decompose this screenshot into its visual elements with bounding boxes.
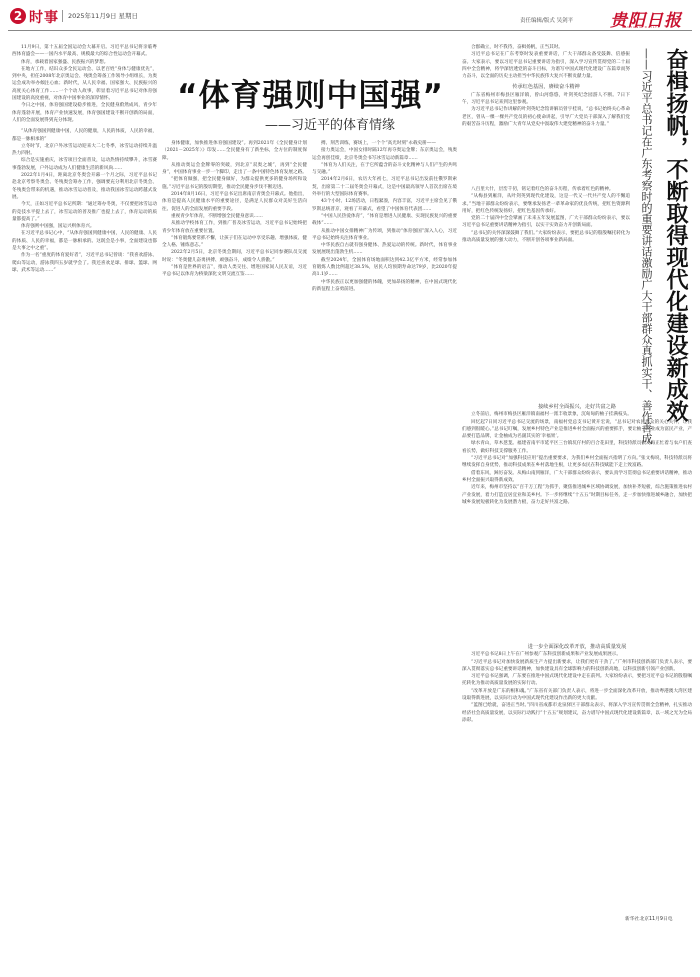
- paragraph: 立冬时节，北京户外冰雪运动迎来大二七冬季，冰雪运动持续升温热力四射。: [12, 143, 157, 158]
- issue-date: 2025年11月9日 星期日: [68, 11, 138, 20]
- paragraph: 合群确立，时不我待，奋楫扬帆，正当其时。: [462, 44, 630, 51]
- paragraph: 八百里大什，层峦千仞，铭记着红色的奋斗历程，传承着红色的精神。: [462, 186, 630, 193]
- paragraph-subhead: “从体育强国到健康中国，人民的健康，人民的体质，人民的幸福，都是一脉相承的”: [12, 128, 157, 143]
- paragraph: 回忆起7日同习近平总书记交流的场景，南福村党总支书记黄开宏说，“总书记对农民群众…: [462, 419, 692, 441]
- section-subhead: 进一步全面深化改革开放，推动高质量发展: [462, 644, 692, 651]
- paragraph: 习近平总书记在广东考察时发表重要讲话，广大干部群众备受鼓舞、倍感振奋。大家表示，…: [462, 51, 630, 80]
- paragraph: 在地方工作，结识众多全民运动会、以老百姓“身体与健康优先”，到中央，担任2008…: [12, 66, 157, 102]
- paragraph: 2014年8月16日，习近平总书记出席南京青奥会开幕式。他指出，体育是提高人民健…: [162, 191, 307, 213]
- right-article-section-3: 进一步全面深化改革开放，推动高质量发展 习近平总书记8日上午在广州参观广东科技创…: [462, 640, 692, 910]
- right-article-byline: 新华社北京11月9日电: [625, 915, 673, 922]
- paragraph: 身体健康，加快推进体育强国建设”。再到2021年《全民健身计划（2021－202…: [162, 140, 307, 162]
- paragraph: 习近平总书记强调，广东要在推进中国式现代化建设中走在前列。大家纷纷表示，要把习近…: [462, 673, 692, 688]
- right-article-section-1: 八百里大什，层峦千仞，铭记着红色的奋斗历程，传承着红色的精神。 “从梅县到雁洋，…: [462, 186, 630, 401]
- paragraph: 综合是实施重庆，冰雪项目全面普及，运动热情持续攀升，冰雪赛事蓬勃发展，户外运动成…: [12, 157, 157, 172]
- main-article-column-2: 身体健康，加快推进体育强国建设”。再到2021年《全民健身计划（2021－202…: [162, 140, 307, 930]
- paragraph: 从推动学校体育工作，到推广普及冰雪运动，习近平总书记始终把青少年体育放在重要位置…: [162, 220, 307, 235]
- paragraph: 今日之中国，体育强国建设稳步推进，全民健身蔚然成风，青少年体育蓬勃开展，体育产业…: [12, 102, 157, 124]
- paragraph: 党的二十届四中全会擘画了未来五年发展蓝图，广大干部群众纷纷表示，要以习近平总书记…: [462, 215, 630, 230]
- header-rule: [8, 30, 692, 31]
- paragraph: “习近平总书记对加快发展新质生产力提出新要求，让我们更有干劲了。”广州市科技创新…: [462, 659, 692, 674]
- page-header: 2 时事 2025年11月9日 星期日 责任编辑/版式 吴剑平 贵阳日报 GUI…: [0, 8, 700, 26]
- paragraph: “习近平总书记对”加强科技应用“提出重要要求，为我们乡村全面振兴指明了方向。”张…: [462, 455, 692, 470]
- paragraph: 43个小时、12场活动，日程紧凑，内容丰富，习近平主席会见了俄罗斯总统普京，观看…: [312, 198, 457, 213]
- right-article-intro: 合群确立，时不我待，奋楫扬帆，正当其时。 习近平总书记在广东考察时发表重要讲话，…: [462, 44, 630, 184]
- main-article-subtitle: ——习近平的体育情缘: [210, 114, 450, 133]
- paragraph: 接力奥运会，中国女排时隔12年再夺奥运金牌；东京奥运会，残奥运会再创佳绩，北京冬…: [312, 147, 457, 162]
- paragraph: 体育，承载着国家强盛、民族振兴的梦想。: [12, 59, 157, 66]
- paragraph: 重视青少年体育，不断增强全民健身意识……: [162, 213, 307, 220]
- paragraph: 近年来，梅州市坚持以“百千万工程”为抓手，聚焦推进城乡区域协调发展，加快补齐短板…: [462, 484, 692, 506]
- paragraph: “总书记的关怀深深鼓舞了我们。”大家纷纷表示，要把总书记的殷殷嘱托转化为推动高质…: [462, 230, 630, 245]
- right-article-headline: 奋楫扬帆，不断取得现代化建设新成效: [657, 48, 687, 422]
- paragraph: “体育锻炼要常抓不懈，让孩子们在运动中享受乐趣、增强体质、健全人格、锤炼意志。”: [162, 235, 307, 250]
- paragraph: 截至2024年，全国体育场地面积达到42.3亿平方米，经常参加体育锻炼人数比例超…: [312, 257, 457, 279]
- paragraph: “蓝图已绘就，奋进正当时。”四川省成都市龙泉驿区干部群众表示，将深入学习宣传贯彻…: [462, 702, 692, 724]
- paragraph: 2022年1月4日，距离北京冬奥会开幕一个月之际，习近平总书记赴北京考察冬奥会、…: [12, 172, 157, 201]
- section-subhead: 传承红色基因，赓续奋斗精神: [462, 84, 630, 91]
- paragraph: “把体育做强，把全民健身做好，为群众提供更多的健身场所和设施。”习近平总书记的殷…: [162, 176, 307, 191]
- paragraph: 2022年2月5日，北京冬奥会期间，习近平总书记同参赛队员交流时说：“冬奥健儿奋…: [162, 249, 307, 264]
- right-article-deck: ——习近平总书记在广东考察时的重要讲话激励广大干部群众真抓实干、善作善成: [634, 48, 652, 444]
- page-number-badge: 2: [10, 8, 26, 24]
- section-name: 时事: [29, 7, 59, 27]
- paragraph: 在习近平总书记心中，“从体育强国到健康中国，人民的健康、人民的体质、人民的幸福，…: [12, 230, 157, 252]
- paragraph: 11月9日，第十五届全国运动会大幕开启。习近平总书记将亲临粤西体育盛会——一国内…: [12, 44, 157, 59]
- paragraph: 搏、刻苦训练，赛场上，一个个“高光时刻”永载史册——: [312, 140, 457, 147]
- paragraph: “体育为人们关注，在于它所蕴含的奋斗文化精神与人们产生的共鸣与交融。”: [312, 162, 457, 177]
- paragraph: 习近平总书记8日上午在广州参观广东科技创新成果和产业发展成果展示。: [462, 651, 692, 658]
- paragraph: “中国人民热爱体育”，“体育是增进人民健康、实现民族复兴的重要载体”……: [312, 213, 457, 228]
- paragraph: “改革开放是广东的根和魂。”广东省有关部门负责人表示，将进一步全面深化改革开放，…: [462, 688, 692, 703]
- newspaper-logo-subtitle: GUIYANG DAILY: [622, 25, 658, 29]
- editor-credit: 责任编辑/版式 吴剑平: [520, 16, 573, 24]
- main-article-column-1: 11月9日，第十五届全国运动会大幕开启。习近平总书记将亲临粤西体育盛会——一国内…: [12, 44, 157, 924]
- paragraph: 体育强则中国强，国运兴则体育兴。: [12, 223, 157, 230]
- paragraph: 从推动奥运会金牌零的突破，到北京“双奥之城”，再到“全民健身”，中国体育事业一步…: [162, 162, 307, 177]
- section-subhead: 接续乡村全面振兴，走好共富之路: [462, 404, 692, 411]
- paragraph: 中华民族正以更加强健的体魄，更加昂扬的精神，在中国式现代化的新征程上奋勇前进。: [312, 279, 457, 294]
- right-article-section-2: 接续乡村全面振兴，走好共富之路 立冬前后，梅州市梅县区雁洋镇南福村一派丰收景象，…: [462, 400, 692, 630]
- paragraph: 中华民族自古就有强身健体、热爱运动的传统。新时代，体育事业发展展现出蓬勃生机……: [312, 242, 457, 257]
- paragraph: 借着东风，踔厉奋发。从梅山南到雁洋，广大干部群众纷纷表示，要认真学习贯彻总书记重…: [462, 470, 692, 485]
- paragraph: 广东省梅州市梅县区雁洋镇，曾山河悠悠，叶剑英纪念园游人不断。7日下午，习近平总书…: [462, 92, 630, 107]
- paragraph: 立冬前后，梅州市梅县区雁洋镇南福村一派丰收景象，沉甸甸的柚子挂满枝头。: [462, 411, 692, 418]
- main-article-column-3: 搏、刻苦训练，赛场上，一个个“高光时刻”永载史册—— 接力奥运会，中国女排时隔1…: [312, 140, 457, 930]
- paragraph: 绿水青山，草木葱茏。福建省南平市延平区三台镇坑仔村的百合花田里，科技特派员张文梅…: [462, 440, 692, 455]
- paragraph: “体育是世界的语言”，推动人类交往、增进国家间人民友谊，习近平总书记以体育为桥梁…: [162, 264, 307, 279]
- paragraph: 作为一名“重度的体育爱好者”，习近平总书记曾谈：“我喜欢游泳、爬山等运动，游泳我…: [12, 252, 157, 274]
- header-divider: [62, 10, 63, 22]
- main-article-title: “体育强则中国强”: [163, 70, 458, 115]
- paragraph: 2014年2月6日，农历大年初七，习近平总书记出发前往俄罗斯索契，出席第二十二届…: [312, 176, 457, 198]
- paragraph: 从推动中国女排精神广为传颂，到推动“体育强国”深入人心，习近平总书记始终关注体育…: [312, 228, 457, 243]
- paragraph: “从梅县到雁洋，从叶剑英到现代化建设，这是一代又一代共产党人的不懈追求。”当地干…: [462, 193, 630, 215]
- paragraph: 为习近平总书记作讲解的叶剑英纪念馆讲解员曾宇桂说，“总书记始终关心革命老区，曾从…: [462, 106, 630, 128]
- paragraph: 今天，正如习近平总书记所期：“通过筹办冬奥，不仅要把冰雪运动的竞技水平提上去了，…: [12, 201, 157, 223]
